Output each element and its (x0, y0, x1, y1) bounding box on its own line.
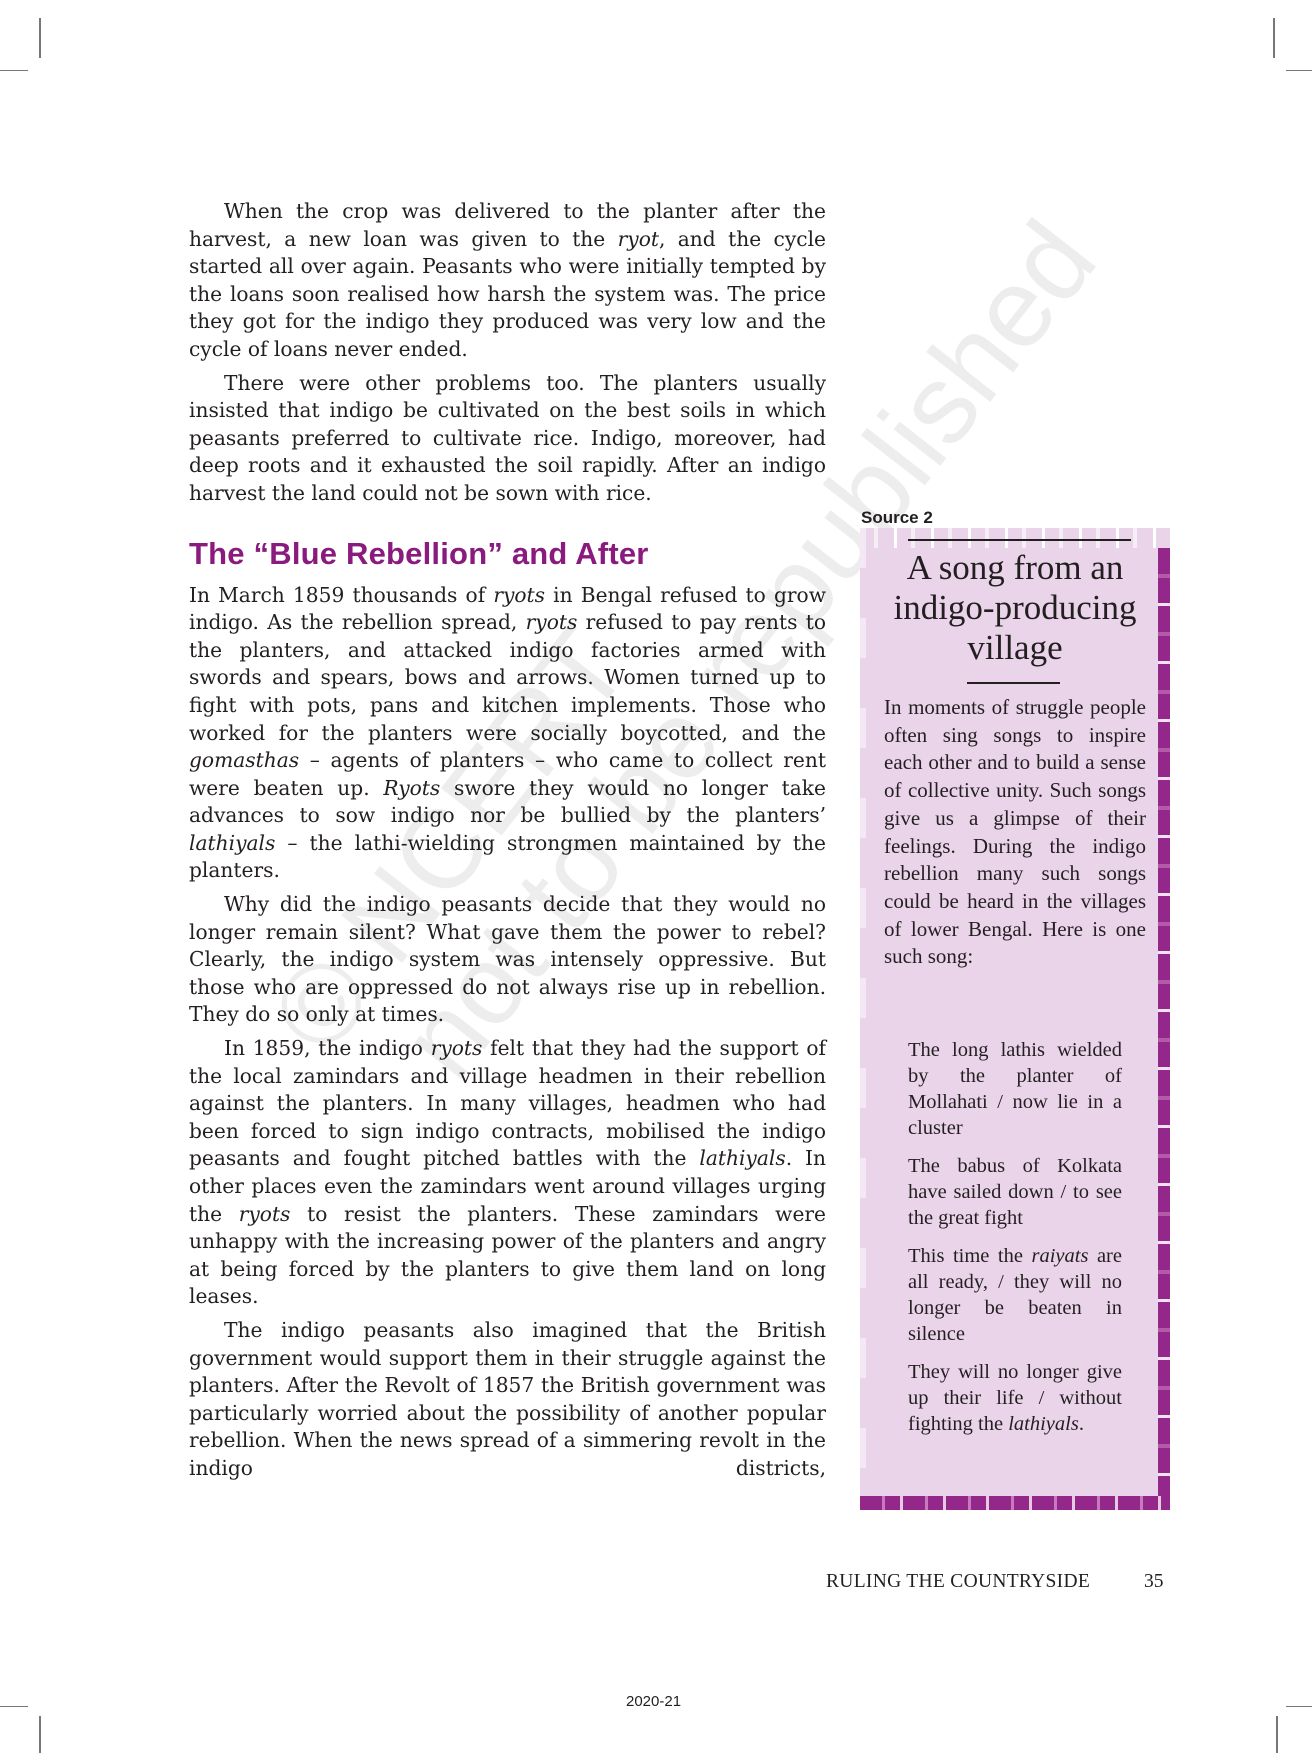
song-stanza: The babus of Kolkata have sailed down / … (908, 1153, 1122, 1231)
song-stanza: The long lathis wielded by the planter o… (908, 1037, 1122, 1141)
paragraph: There were other problems too. The plant… (189, 370, 826, 508)
text-run: There were other problems too. The plant… (189, 371, 826, 505)
box-edge-bottom (860, 1496, 1170, 1510)
song-stanza: This time the raiyats are all ready, / t… (908, 1243, 1122, 1347)
source-intro: In moments of struggle people often sing… (884, 694, 1146, 971)
crop-mark-top-right-v (1273, 18, 1275, 58)
italic-term: lathiyals (699, 1146, 785, 1170)
crop-mark-bottom-left-h (0, 1706, 28, 1707)
source-top-rule (908, 539, 1131, 541)
italic-term: ryots (493, 583, 545, 607)
italic-term: gomasthas (189, 748, 299, 772)
italic-term: raiyats (1031, 1245, 1088, 1267)
text-run: The babus of Kolkata have sailed down / … (908, 1155, 1122, 1229)
italic-term: lathiyals (1008, 1413, 1079, 1435)
crop-mark-bottom-right-v (1276, 1716, 1278, 1753)
italic-term: lathiyals (189, 831, 275, 855)
italic-term: ryots (526, 610, 578, 634)
box-edge-left (860, 528, 866, 1510)
crop-mark-top-right-h (1286, 70, 1312, 71)
crop-mark-bottom-left-v (39, 1716, 41, 1753)
italic-term: ryot (618, 227, 659, 251)
source-title-rule (967, 682, 1060, 684)
crop-mark-top-left-h (0, 70, 28, 71)
italic-term: ryots (431, 1036, 483, 1060)
text-run: In 1859, the indigo (224, 1036, 431, 1060)
section-paragraphs: In March 1859 thousands of ryots in Beng… (189, 582, 826, 1483)
text-run: Why did the indigo peasants decide that … (189, 892, 826, 1026)
text-run: In March 1859 thousands of (189, 583, 493, 607)
text-run: The indigo peasants also imagined that t… (189, 1318, 826, 1480)
crop-mark-top-left-v (39, 18, 41, 58)
song-stanza: They will no longer give up their life /… (908, 1359, 1122, 1437)
song-stanzas: The long lathis wielded by the planter o… (908, 1037, 1122, 1449)
page-number: 35 (1144, 1571, 1164, 1593)
year-stamp: 2020-21 (626, 1693, 681, 1710)
source-title: A song from an indigo-producing village (876, 548, 1154, 668)
intro-paragraphs: When the crop was delivered to the plant… (189, 198, 826, 508)
text-run: . (1079, 1413, 1084, 1435)
source-label: Source 2 (861, 508, 933, 528)
text-run: The long lathis wielded by the planter o… (908, 1039, 1122, 1139)
italic-term: Ryots (383, 776, 440, 800)
paragraph: In 1859, the indigo ryots felt that they… (189, 1035, 826, 1311)
text-run: This time the (908, 1245, 1031, 1267)
box-edge-top (860, 528, 1170, 548)
running-footer-title: RULING THE COUNTRYSIDE (826, 1571, 1090, 1593)
paragraph: When the crop was delivered to the plant… (189, 198, 826, 364)
textbook-page: When the crop was delivered to the plant… (0, 0, 1312, 1753)
paragraph: The indigo peasants also imagined that t… (189, 1317, 826, 1483)
paragraph: Why did the indigo peasants decide that … (189, 891, 826, 1029)
box-edge-right (1158, 548, 1170, 1510)
section-heading: The “Blue Rebellion” and After (189, 536, 826, 572)
italic-term: ryots (239, 1202, 291, 1226)
text-run: – the lathi-wielding strongmen maintaine… (189, 831, 826, 883)
crop-mark-bottom-right-h (1286, 1706, 1312, 1707)
main-text-column: When the crop was delivered to the plant… (189, 198, 826, 1489)
paragraph: In March 1859 thousands of ryots in Beng… (189, 582, 826, 886)
